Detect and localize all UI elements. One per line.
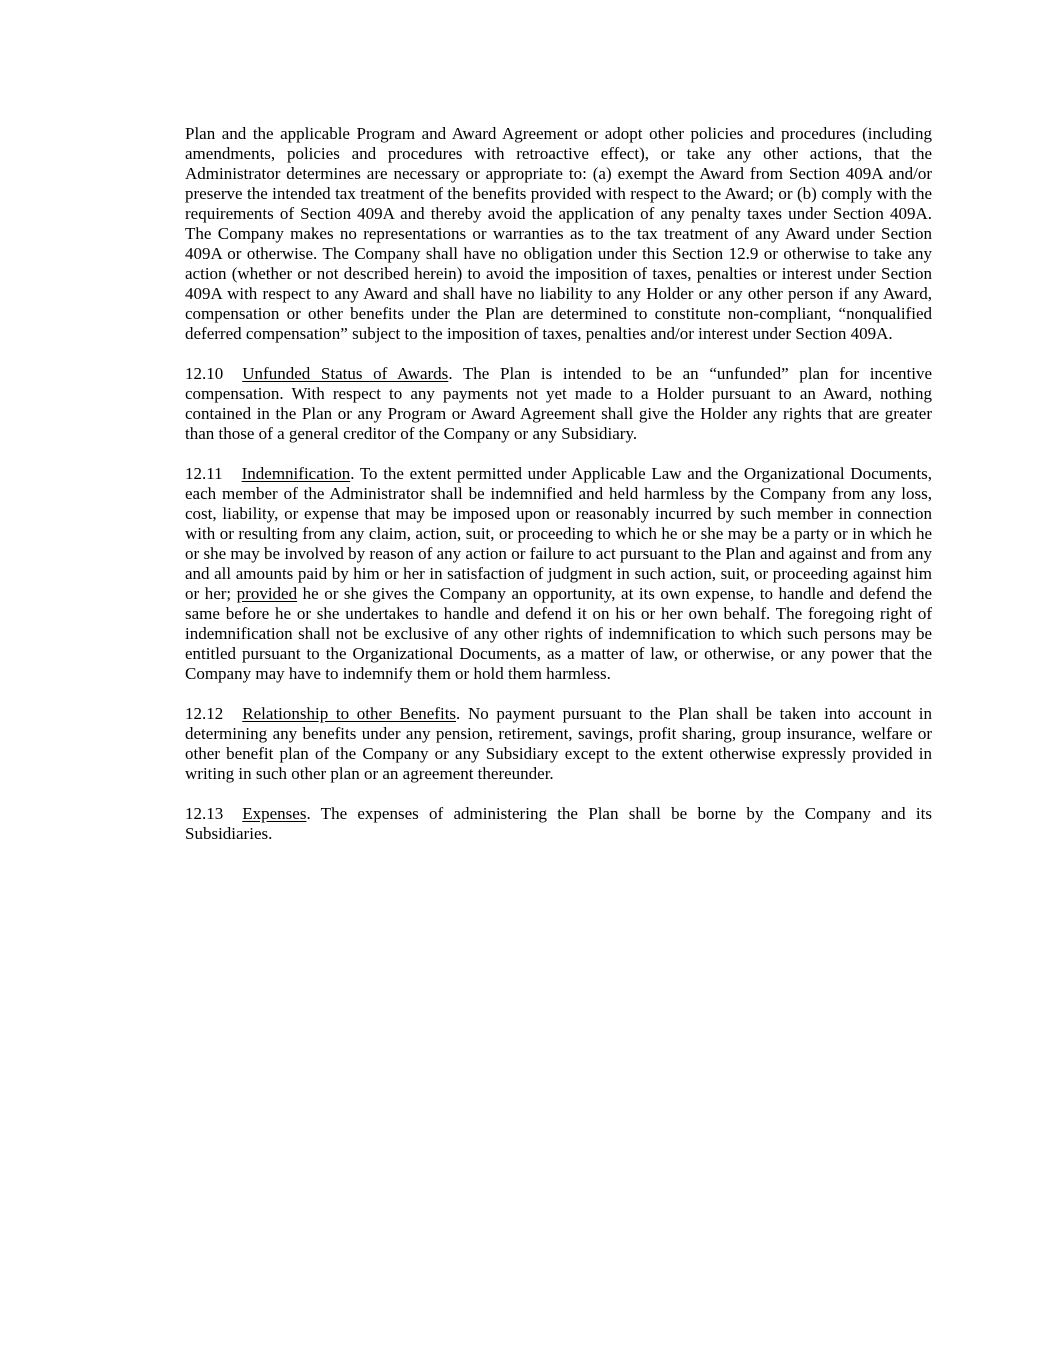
body-text: Plan and the applicable Program and Awar… [185, 124, 932, 343]
paragraph-text: Expenses. The expenses of administering … [185, 804, 932, 843]
underlined-text: provided [237, 584, 297, 603]
underlined-text: Indemnification [242, 464, 351, 483]
paragraph-12-12: 12.12Relationship to other Benefits. No … [185, 704, 932, 784]
paragraph-text: Relationship to other Benefits. No payme… [185, 704, 932, 783]
section-number: 12.12 [185, 704, 223, 723]
body-text: . To the extent permitted under Applicab… [185, 464, 932, 603]
paragraph-12-13: 12.13Expenses. The expenses of administe… [185, 804, 932, 844]
paragraph-continuation: Plan and the applicable Program and Awar… [185, 124, 932, 344]
document-content: Plan and the applicable Program and Awar… [185, 124, 932, 844]
paragraph-text: Unfunded Status of Awards. The Plan is i… [185, 364, 932, 443]
paragraph-12-10: 12.10Unfunded Status of Awards. The Plan… [185, 364, 932, 444]
body-text: he or she gives the Company an opportuni… [185, 584, 932, 683]
paragraph-12-11: 12.11Indemnification. To the extent perm… [185, 464, 932, 684]
underlined-text: Unfunded Status of Awards [242, 364, 448, 383]
underlined-text: Relationship to other Benefits [242, 704, 456, 723]
underlined-text: Expenses [242, 804, 306, 823]
section-number: 12.10 [185, 364, 223, 383]
document-page: Plan and the applicable Program and Awar… [0, 0, 1055, 1365]
section-number: 12.13 [185, 804, 223, 823]
paragraph-text: Indemnification. To the extent permitted… [185, 464, 932, 683]
paragraph-text: Plan and the applicable Program and Awar… [185, 124, 932, 343]
section-number: 12.11 [185, 464, 223, 483]
